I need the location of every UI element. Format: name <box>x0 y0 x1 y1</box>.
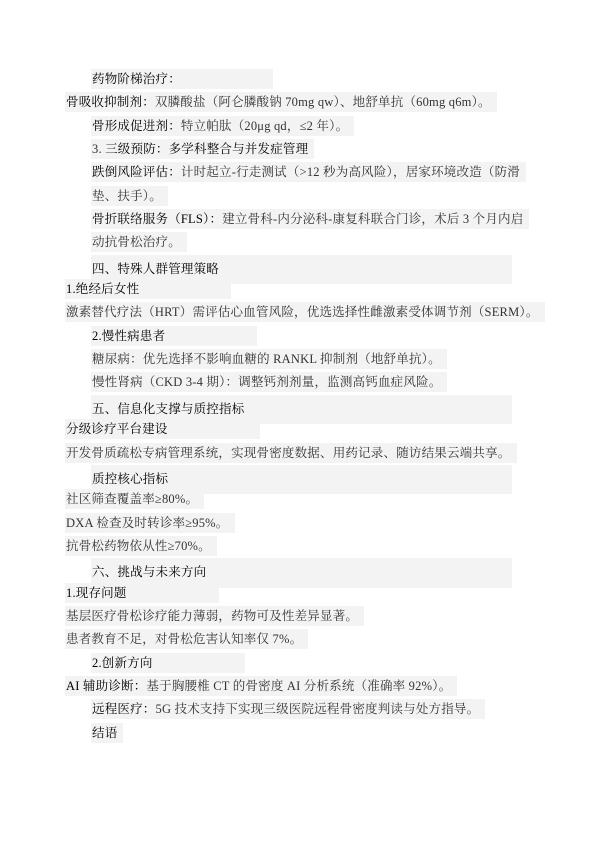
doc-line: AI 辅助诊断：基于胸腰椎 CT 的骨密度 AI 分析系统（准确率 92%）。 <box>65 675 537 698</box>
doc-line: 患者教育不足，对骨松危害认知率仅 7%。 <box>65 628 537 651</box>
line-highlight: AI 辅助诊断：基于胸腰椎 CT 的骨密度 AI 分析系统（准确率 92%）。 <box>65 676 457 696</box>
text-run-bold: 1.现存问题 <box>66 586 127 600</box>
doc-line: 2.慢性病患者 <box>65 325 537 348</box>
text-run-bold: 分级诊疗平台建设 <box>66 422 168 436</box>
text-run: 动抗骨松治疗。 <box>92 235 181 249</box>
doc-line: 动抗骨松治疗。 <box>65 231 537 254</box>
text-run-bold: 骨折联络服务（FLS）： <box>92 212 222 226</box>
line-highlight: 开发骨质疏松专病管理系统，实现骨密度数据、用药记录、随访结果云端共享。 <box>65 443 517 463</box>
doc-line: 激素替代疗法（HRT）需评估心血管风险，优选选择性雌激素受体调节剂（SERM）。 <box>65 301 537 324</box>
text-run: 开发骨质疏松专病管理系统，实现骨密度数据、用药记录、随访结果云端共享。 <box>66 446 511 460</box>
line-highlight: 1.绝经后女性 <box>65 279 231 299</box>
text-run: DXA 检查及时转诊率≥95%。 <box>66 516 229 530</box>
doc-line: 六、挑战与未来方向 <box>65 558 537 581</box>
line-highlight: 跌倒风险评估：计时起立-行走测试（>12 秒为高风险），居家环境改造（防滑 <box>91 162 526 182</box>
text-run-bold: 1.绝经后女性 <box>66 282 139 296</box>
text-run: 慢性肾病（CKD 3-4 期）：调整钙剂剂量，监测高钙血症风险。 <box>92 375 441 389</box>
doc-line: 2.创新方向 <box>65 652 537 675</box>
text-run: 计时起立-行走测试（>12 秒为高风险），居家环境改造（防滑 <box>181 165 520 179</box>
text-run: 5G 技术支持下实现三级医院远程骨密度判读与处方指导。 <box>156 702 480 716</box>
line-highlight: 1.现存问题 <box>65 583 219 603</box>
text-run: 激素替代疗法（HRT）需评估心血管风险，优选选择性雌激素受体调节剂（SERM）。 <box>66 305 539 319</box>
doc-line: 结语 <box>65 722 537 745</box>
text-run-bold: 三级预防：多学科整合与并发症管理 <box>105 142 308 156</box>
line-highlight: 慢性肾病（CKD 3-4 期）：调整钙剂剂量，监测高钙血症风险。 <box>91 372 447 392</box>
text-run-bold: 跌倒风险评估： <box>92 165 181 179</box>
doc-line: 垫、扶手）。 <box>65 185 537 208</box>
document-body: 药物阶梯治疗：骨吸收抑制剂：双膦酸盐（阿仑膦酸钠 70mg qw）、地舒单抗（6… <box>65 68 537 745</box>
line-highlight: 骨折联络服务（FLS）：建立骨科-内分泌科-康复科联合门诊，术后 3 个月内启 <box>91 209 529 229</box>
text-run: 糖尿病：优先选择不影响血糖的 RANKL 抑制剂（地舒单抗）。 <box>92 352 441 366</box>
doc-line: 抗骨松药物依从性≥70%。 <box>65 535 537 558</box>
line-highlight: DXA 检查及时转诊率≥95%。 <box>65 513 235 533</box>
document-page: 药物阶梯治疗：骨吸收抑制剂：双膦酸盐（阿仑膦酸钠 70mg qw）、地舒单抗（6… <box>0 0 595 841</box>
text-run-bold: 远程医疗： <box>92 702 156 716</box>
doc-line: 四、特殊人群管理策略 <box>65 255 537 278</box>
text-run: 患者教育不足，对骨松危害认知率仅 7%。 <box>66 632 302 646</box>
doc-line: 骨吸收抑制剂：双膦酸盐（阿仑膦酸钠 70mg qw）、地舒单抗（60mg q6m… <box>65 91 537 114</box>
doc-line: 药物阶梯治疗： <box>65 68 537 91</box>
line-highlight: 患者教育不足，对骨松危害认知率仅 7%。 <box>65 629 308 649</box>
line-highlight: 2.创新方向 <box>91 653 245 673</box>
doc-line: 远程医疗：5G 技术支持下实现三级医院远程骨密度判读与处方指导。 <box>65 698 537 721</box>
text-run: 垫、扶手）。 <box>92 189 162 203</box>
line-highlight: 分级诊疗平台建设 <box>65 419 260 439</box>
line-highlight: 骨吸收抑制剂：双膦酸盐（阿仑膦酸钠 70mg qw）、地舒单抗（60mg q6m… <box>65 92 497 112</box>
text-run: 抗骨松药物依从性≥70%。 <box>66 539 211 553</box>
text-run-bold: 骨吸收抑制剂： <box>66 95 155 109</box>
line-highlight: 糖尿病：优先选择不影响血糖的 RANKL 抑制剂（地舒单抗）。 <box>91 349 447 369</box>
line-highlight: 结语 <box>91 723 123 743</box>
doc-line: DXA 检查及时转诊率≥95%。 <box>65 512 537 535</box>
text-run-bold: 骨形成促进剂： <box>92 119 181 133</box>
line-highlight: 2.慢性病患者 <box>91 326 257 346</box>
text-run-bold: AI 辅助诊断： <box>66 679 146 693</box>
text-run: 3. <box>92 142 105 156</box>
doc-line: 慢性肾病（CKD 3-4 期）：调整钙剂剂量，监测高钙血症风险。 <box>65 371 537 394</box>
doc-line: 质控核心指标 <box>65 465 537 488</box>
text-run: 基层医疗骨松诊疗能力薄弱，药物可及性差异显著。 <box>66 609 358 623</box>
text-run: 特立帕肽（20μg qd，≤2 年）。 <box>181 119 348 133</box>
text-run: 社区筛查覆盖率≥80%。 <box>66 492 198 506</box>
doc-line: 3. 三级预防：多学科整合与并发症管理 <box>65 138 537 161</box>
doc-line: 糖尿病：优先选择不影响血糖的 RANKL 抑制剂（地舒单抗）。 <box>65 348 537 371</box>
doc-line: 基层医疗骨松诊疗能力薄弱，药物可及性差异显著。 <box>65 605 537 628</box>
line-highlight: 药物阶梯治疗： <box>91 69 273 89</box>
doc-line: 骨折联络服务（FLS）：建立骨科-内分泌科-康复科联合门诊，术后 3 个月内启 <box>65 208 537 231</box>
text-run-bold: 五、信息化支撑与质控指标 <box>92 402 244 416</box>
line-highlight: 远程医疗：5G 技术支持下实现三级医院远程骨密度判读与处方指导。 <box>91 699 485 719</box>
line-highlight: 动抗骨松治疗。 <box>91 232 187 252</box>
line-highlight: 激素替代疗法（HRT）需评估心血管风险，优选选择性雌激素受体调节剂（SERM）。 <box>65 302 545 322</box>
doc-line: 开发骨质疏松专病管理系统，实现骨密度数据、用药记录、随访结果云端共享。 <box>65 442 537 465</box>
line-highlight: 社区筛查覆盖率≥80%。 <box>65 489 204 509</box>
line-highlight: 垫、扶手）。 <box>91 186 168 206</box>
doc-line: 跌倒风险评估：计时起立-行走测试（>12 秒为高风险），居家环境改造（防滑 <box>65 161 537 184</box>
doc-line: 五、信息化支撑与质控指标 <box>65 395 537 418</box>
text-run-bold: 2.创新方向 <box>92 656 153 670</box>
line-highlight: 骨形成促进剂：特立帕肽（20μg qd，≤2 年）。 <box>91 116 354 136</box>
text-run-bold: 药物阶梯治疗： <box>92 72 181 86</box>
text-run-bold: 四、特殊人群管理策略 <box>92 262 219 276</box>
text-run: 双膦酸盐（阿仑膦酸钠 70mg qw）、地舒单抗（60mg q6m）。 <box>155 95 491 109</box>
text-run-bold: 2.慢性病患者 <box>92 329 165 343</box>
text-run-bold: 结语 <box>92 726 117 740</box>
doc-line: 骨形成促进剂：特立帕肽（20μg qd，≤2 年）。 <box>65 115 537 138</box>
text-run-bold: 六、挑战与未来方向 <box>92 565 206 579</box>
text-run: 基于胸腰椎 CT 的骨密度 AI 分析系统（准确率 92%）。 <box>146 679 451 693</box>
line-highlight: 3. 三级预防：多学科整合与并发症管理 <box>91 139 314 159</box>
line-highlight: 抗骨松药物依从性≥70%。 <box>65 536 217 556</box>
text-run: 建立骨科-内分泌科-康复科联合门诊，术后 3 个月内启 <box>222 212 523 226</box>
text-run-bold: 质控核心指标 <box>92 472 168 486</box>
line-highlight: 基层医疗骨松诊疗能力薄弱，药物可及性差异显著。 <box>65 606 364 626</box>
